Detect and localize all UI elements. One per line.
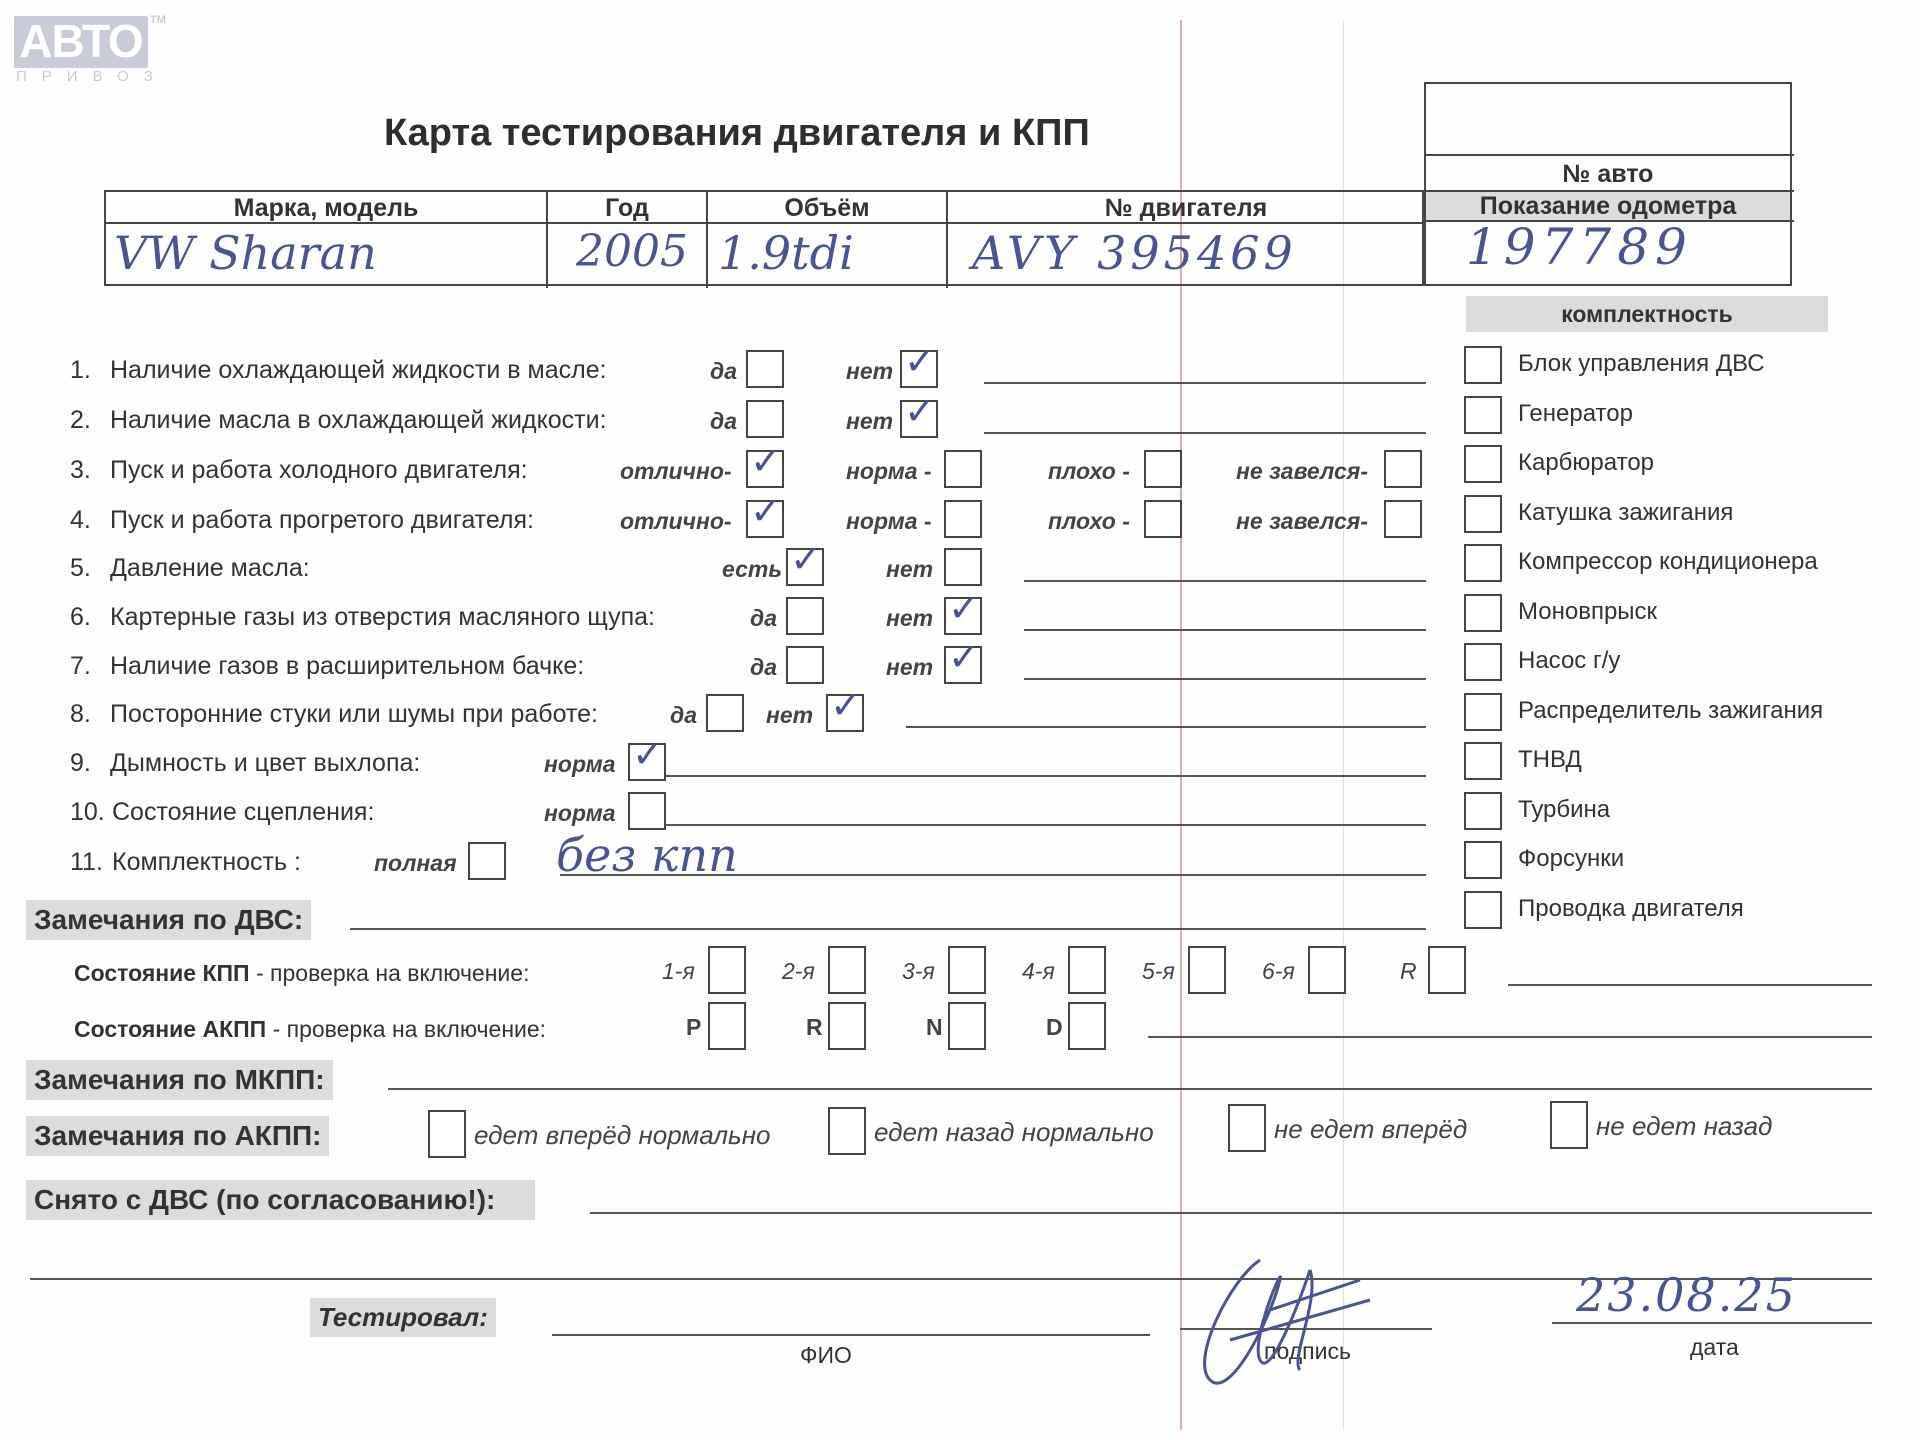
completeness-checkbox[interactable]: [1464, 346, 1502, 384]
odometer-label: Показание одометра: [1426, 192, 1790, 221]
remarks-auto-label: Замечания по АКПП:: [26, 1116, 329, 1156]
checklist-number: 2.: [70, 406, 91, 435]
completeness-item-label: Форсунки: [1518, 845, 1624, 873]
remarks-manual-label: Замечания по МКПП:: [26, 1060, 333, 1100]
logo-subtitle: ПРИВОЗ: [16, 68, 168, 85]
remarks-engine-input[interactable]: [350, 928, 1426, 930]
checklist-question: Наличие охлаждающей жидкости в масле:: [110, 356, 607, 385]
completeness-item-label: Блок управления ДВС: [1518, 350, 1765, 378]
option-label: полная: [374, 850, 457, 877]
completeness-title: комплектность: [1466, 296, 1828, 332]
page-title: Карта тестирования двигателя и КПП: [384, 112, 1090, 155]
gear-label: 4-я: [1022, 958, 1055, 985]
option-checkbox[interactable]: [1144, 450, 1182, 488]
option-label: да: [710, 358, 737, 385]
gear-label: 2-я: [782, 958, 815, 985]
completeness-checkbox[interactable]: [1464, 544, 1502, 582]
option-checkbox[interactable]: [944, 450, 982, 488]
completeness-checkbox[interactable]: [1464, 792, 1502, 830]
auto-remark-checkbox[interactable]: [1228, 1104, 1266, 1152]
car-odometer-table: № авто Показание одометра 197789: [1424, 82, 1792, 286]
checklist-number: 8.: [70, 700, 91, 729]
year-field[interactable]: 2005: [576, 226, 688, 277]
option-label: норма: [544, 751, 616, 778]
option-label: нет: [886, 605, 933, 632]
logo-brand: АВТО: [14, 14, 148, 68]
manual-gearbox-label: Состояние КПП - проверка на включение:: [74, 960, 529, 987]
tested-by-name-input[interactable]: [552, 1334, 1150, 1336]
checkmark-icon: ✓: [904, 342, 936, 380]
checklist-question: Наличие масла в охлаждающей жидкости:: [110, 406, 607, 435]
checkmark-icon: ✓: [790, 540, 822, 578]
option-checkbox[interactable]: ✓: [826, 694, 864, 732]
comment-line-input[interactable]: [1024, 580, 1426, 582]
auto-remark-checkbox[interactable]: [828, 1107, 866, 1155]
option-label: не завелся-: [1236, 458, 1368, 485]
remarks-manual-input[interactable]: [388, 1088, 1872, 1090]
date-value[interactable]: 23.08.25: [1576, 1268, 1797, 1322]
comment-line-input[interactable]: [906, 726, 1426, 728]
option-label: есть: [722, 556, 782, 583]
gear-checkbox[interactable]: [1428, 946, 1466, 994]
header-make-model: Марка, модель: [106, 194, 546, 223]
completeness-checkbox[interactable]: [1464, 643, 1502, 681]
option-checkbox[interactable]: ✓: [944, 646, 982, 684]
manual-gearbox-note[interactable]: [1508, 984, 1872, 986]
comment-line-input[interactable]: [984, 382, 1426, 384]
checklist-number: 1.: [70, 356, 91, 385]
auto-remark-label: не едет вперёд: [1274, 1114, 1467, 1145]
checklist-number: 5.: [70, 554, 91, 583]
checklist-question: Пуск и работа прогретого двигателя:: [110, 506, 534, 535]
option-label: отлично-: [620, 508, 732, 535]
completeness-checkbox[interactable]: [1464, 594, 1502, 632]
gear-checkbox[interactable]: [1188, 946, 1226, 994]
completeness-checkbox[interactable]: [1464, 396, 1502, 434]
date-input[interactable]: [1552, 1322, 1872, 1324]
completeness-item-label: Карбюратор: [1518, 449, 1654, 477]
gear-label: 3-я: [902, 958, 935, 985]
option-label: плохо -: [1048, 458, 1130, 485]
checklist-question: Состояние сцепления:: [112, 798, 374, 827]
auto-remark-checkbox[interactable]: [428, 1110, 466, 1158]
option-label: не завелся-: [1236, 508, 1368, 535]
completeness-item-label: Генератор: [1518, 400, 1633, 428]
checklist-number: 6.: [70, 603, 91, 632]
gear-label: 5-я: [1142, 958, 1175, 985]
completeness-item-label: Распределитель зажигания: [1518, 697, 1823, 725]
completeness-item-label: Турбина: [1518, 796, 1610, 824]
option-label: норма -: [846, 508, 932, 535]
removed-input[interactable]: [590, 1212, 1872, 1214]
comment-line-input[interactable]: [666, 775, 1426, 777]
auto-remark-checkbox[interactable]: [1550, 1101, 1588, 1149]
option-checkbox[interactable]: [628, 792, 666, 830]
completeness-checkbox[interactable]: [1464, 495, 1502, 533]
checklist-number: 9.: [70, 749, 91, 778]
checkmark-icon: ✓: [904, 392, 936, 430]
completeness-note[interactable]: без кпп: [556, 828, 738, 882]
option-label: норма -: [846, 458, 932, 485]
checklist-question: Дымность и цвет выхлопа:: [110, 749, 420, 778]
option-label: нет: [766, 702, 813, 729]
option-checkbox[interactable]: ✓: [786, 548, 824, 586]
date-caption: дата: [1690, 1334, 1739, 1361]
completeness-item-label: Компрессор кондиционера: [1518, 548, 1818, 576]
option-checkbox[interactable]: [706, 694, 744, 732]
checklist-question: Посторонние стуки или шумы при работе:: [110, 700, 598, 729]
option-checkbox[interactable]: [746, 350, 784, 388]
make-model-field[interactable]: VW Sharan: [114, 226, 377, 280]
option-label: да: [710, 408, 737, 435]
name-caption: ФИО: [800, 1342, 852, 1369]
option-checkbox[interactable]: ✓: [746, 500, 784, 538]
auto-gearbox-note[interactable]: [1148, 1036, 1872, 1038]
checklist-number: 4.: [70, 506, 91, 535]
option-label: нет: [886, 556, 933, 583]
option-checkbox[interactable]: [1144, 500, 1182, 538]
option-label: норма: [544, 800, 616, 827]
checklist-question: Картерные газы из отверстия масляного щу…: [110, 603, 655, 632]
option-checkbox[interactable]: ✓: [900, 400, 938, 438]
gear-checkbox[interactable]: [828, 1002, 866, 1050]
checkmark-icon: ✓: [830, 686, 862, 724]
engine-no-field[interactable]: AVY 395469: [972, 226, 1297, 280]
odometer-field[interactable]: 197789: [1466, 218, 1693, 276]
option-checkbox[interactable]: [786, 597, 824, 635]
tested-by-label: Тестировал:: [310, 1298, 496, 1337]
remarks-engine-label: Замечания по ДВС:: [26, 900, 311, 940]
auto-remark-label: не едет назад: [1596, 1111, 1772, 1142]
option-label: отлично-: [620, 458, 732, 485]
option-checkbox[interactable]: ✓: [628, 743, 666, 781]
option-checkbox[interactable]: [746, 400, 784, 438]
option-checkbox[interactable]: ✓: [944, 597, 982, 635]
completeness-item-label: ТНВД: [1518, 746, 1582, 774]
option-label: нет: [846, 408, 893, 435]
checklist-number: 11.: [70, 848, 103, 877]
option-checkbox[interactable]: [1384, 500, 1422, 538]
header-engine-no: № двигателя: [948, 194, 1424, 223]
option-label: да: [670, 702, 697, 729]
option-checkbox[interactable]: [944, 548, 982, 586]
completeness-item-label: Катушка зажигания: [1518, 499, 1733, 527]
checklist-question: Пуск и работа холодного двигателя:: [110, 456, 528, 485]
gear-checkbox[interactable]: [1308, 946, 1346, 994]
gear-label: N: [926, 1014, 943, 1041]
option-checkbox[interactable]: [468, 842, 506, 880]
checklist-question: Наличие газов в расширительном бачке:: [110, 652, 584, 681]
header-year: Год: [548, 194, 706, 223]
completeness-checkbox[interactable]: [1464, 891, 1502, 929]
gear-label: P: [686, 1014, 701, 1041]
gear-label: R: [1400, 958, 1417, 985]
option-label: да: [750, 654, 777, 681]
checklist-question: Давление масла:: [110, 554, 310, 583]
comment-line-input[interactable]: [666, 824, 1426, 826]
checkmark-icon: ✓: [632, 735, 664, 773]
checkmark-icon: ✓: [948, 589, 980, 627]
gear-checkbox[interactable]: [708, 946, 746, 994]
checkmark-icon: ✓: [750, 492, 782, 530]
option-label: нет: [886, 654, 933, 681]
checklist-question: Комплектность :: [112, 848, 301, 877]
gear-label: R: [806, 1014, 823, 1041]
option-label: нет: [846, 358, 893, 385]
checklist-number: 7.: [70, 652, 91, 681]
completeness-checkbox[interactable]: [1464, 445, 1502, 483]
header-volume: Объём: [708, 194, 946, 223]
gear-label: 6-я: [1262, 958, 1295, 985]
checklist-number: 10.: [70, 798, 105, 827]
completeness-item-label: Моновпрыск: [1518, 598, 1657, 626]
volume-field[interactable]: 1.9tdi: [718, 226, 854, 280]
completeness-checkbox[interactable]: [1464, 742, 1502, 780]
comment-line-input[interactable]: [984, 432, 1426, 434]
signature-scribble-icon: [1170, 1240, 1450, 1400]
completeness-checkbox[interactable]: [1464, 841, 1502, 879]
comment-line-input[interactable]: [1024, 678, 1426, 680]
completeness-item-label: Проводка двигателя: [1518, 895, 1744, 923]
auto-gearbox-label: Состояние АКПП - проверка на включение:: [74, 1016, 546, 1043]
gear-checkbox[interactable]: [1068, 946, 1106, 994]
auto-remark-label: едет назад нормально: [874, 1117, 1154, 1148]
vehicle-info-table: Марка, модель Год Объём № двигателя VW S…: [104, 190, 1424, 286]
completeness-checkbox[interactable]: [1464, 693, 1502, 731]
gear-checkbox[interactable]: [1068, 1002, 1106, 1050]
option-checkbox[interactable]: ✓: [746, 450, 784, 488]
comment-line-input[interactable]: [1024, 629, 1426, 631]
option-checkbox[interactable]: [944, 500, 982, 538]
gear-label: 1-я: [662, 958, 695, 985]
car-no-label: № авто: [1426, 160, 1790, 189]
checkmark-icon: ✓: [948, 638, 980, 676]
option-checkbox[interactable]: [1384, 450, 1422, 488]
gear-checkbox[interactable]: [708, 1002, 746, 1050]
gear-checkbox[interactable]: [828, 946, 866, 994]
gear-checkbox[interactable]: [948, 1002, 986, 1050]
logo-trademark: TM: [150, 14, 166, 26]
gear-label: D: [1046, 1014, 1063, 1041]
checklist-number: 3.: [70, 456, 91, 485]
gear-checkbox[interactable]: [948, 946, 986, 994]
option-checkbox[interactable]: [786, 646, 824, 684]
option-checkbox[interactable]: ✓: [900, 350, 938, 388]
option-label: плохо -: [1048, 508, 1130, 535]
auto-remark-label: едет вперёд нормально: [474, 1120, 770, 1151]
option-label: да: [750, 605, 777, 632]
completeness-item-label: Насос г/у: [1518, 647, 1620, 675]
removed-label: Снято с ДВС (по согласованию!):: [26, 1180, 535, 1220]
checkmark-icon: ✓: [750, 442, 782, 480]
